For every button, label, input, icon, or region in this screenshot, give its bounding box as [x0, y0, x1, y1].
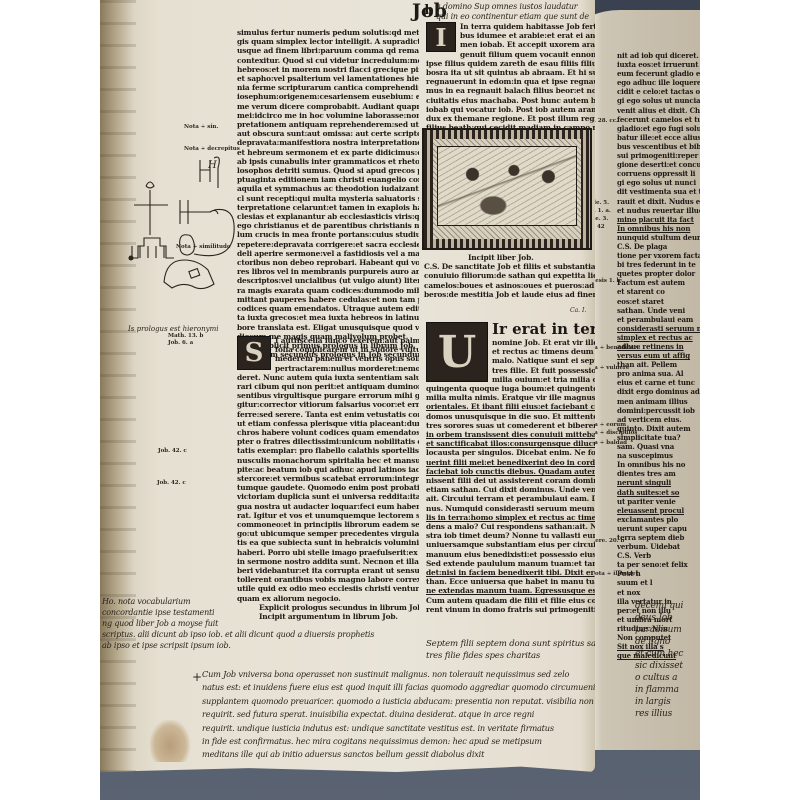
handwritten-seven-gifts: Septem filii septem dona sunt spiritus s… [426, 638, 612, 662]
main-page: Job simulus fertur numeris pedum solutis… [100, 0, 595, 772]
margin-note: Job. 42. c [157, 480, 186, 486]
chapter-marker: Ca. I. [570, 307, 586, 314]
right-page: nit ad iob qui diceret. Bo iuxta eos:et … [580, 10, 700, 750]
initial-b: b [422, 3, 436, 17]
cross-mark: + [192, 672, 202, 683]
job-chapter-1-text: nomine Job. Et erat vir ille simplex et … [426, 338, 600, 614]
right-page-handwriting: decemi qui deus Job paradisum de ligno e… [635, 600, 683, 720]
book-photograph: nit ad iob qui diceret. Bo iuxta eos:et … [100, 0, 700, 800]
prologue-2-column: I autfiscella iunco texerem:aut palmarum… [237, 336, 419, 621]
margin-note: Math. 13. b [168, 333, 203, 339]
incipit-liber-job: Incipit liber Job. [424, 253, 598, 262]
handwritten-note-bottom: Cum Job vniversa bona operasset non sust… [202, 668, 604, 762]
water-stain [150, 720, 190, 762]
handwritten-note-left: Ho. nota vocabularium concordantie ipse … [102, 596, 374, 651]
margin-note: Job. 6. a [168, 340, 193, 346]
right-page-text: nit ad iob qui diceret. Bo iuxta eos:et … [617, 51, 700, 660]
margin-note: Job. 42. c [158, 448, 187, 454]
right-margin-note: Nota ÷ illustret [590, 571, 638, 577]
handwritten-top-right: a domino Sup omnes iustos laudatur qui i… [436, 2, 589, 22]
page-edge-stain [100, 0, 136, 772]
woodcut-illustration [422, 128, 592, 250]
woodcut-scene [437, 146, 577, 226]
margin-note: Is prologus est hieronymi [128, 325, 218, 333]
chapter-1-column: Incipit liber Job. C.S. De sanctitate Jo… [424, 253, 598, 299]
drawing-label: H [208, 160, 217, 171]
margin-note: Nota ÷ sin. [184, 124, 218, 130]
margin-ink-drawing [128, 150, 238, 290]
prologue-1-column: simulus fertur numeris pedum solutis:qd … [237, 28, 419, 359]
